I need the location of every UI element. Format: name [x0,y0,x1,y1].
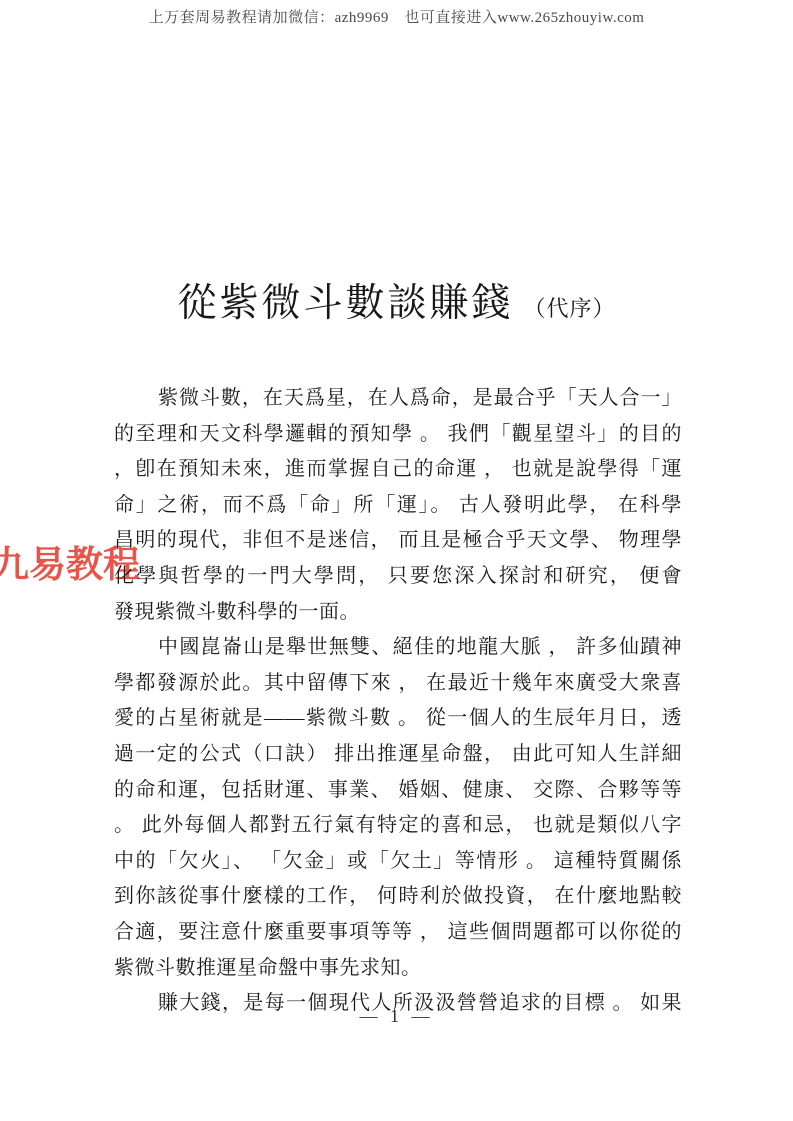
page-number: — 1 — [0,1006,793,1027]
text-line: 愛的占星術就是——紫微斗數 。 從一個人的生辰年月日，透 [114,701,682,737]
text-line: 紫微斗數，在天爲星，在人爲命，是最合乎「天人合一」 [114,381,682,417]
text-line: 昌明的現代，非但不是迷信， 而且是極合乎天文學、 物理學 [114,523,682,559]
text-line: 發現紫微斗數科學的一面。 [114,595,682,631]
header-promo-text: 上万套周易教程请加微信：azh9969 也可直接进入www.265zhouyiw… [0,6,793,27]
text-line: 中的「欠火」、 「欠金」或「欠土」等情形 。 這種特質關係 [114,844,682,880]
text-line: 中國崑崙山是舉世無雙、絕佳的地龍大脈 ， 許多仙蹟神 [114,630,682,666]
text-line: 學都發源於此。其中留傳下來 ， 在最近十幾年來廣受大衆喜 [114,666,682,702]
text-line: 紫微斗數推運星命盤中事先求知。 [114,951,682,987]
body-text: 紫微斗數，在天爲星，在人爲命，是最合乎「天人合一」的至理和天文科學邏輯的預知學 … [114,381,682,1022]
text-line: 的至理和天文科學邏輯的預知學 。 我們「觀星望斗」的目的 [114,417,682,453]
text-line: 到你該從事什麼樣的工作， 何時利於做投資， 在什麼地點較 [114,879,682,915]
text-line: 。 此外每個人都對五行氣有特定的喜和忌， 也就是類似八字 [114,808,682,844]
text-line: 合適，要注意什麼重要事項等等 ， 這些個問題都可以你從的 [114,915,682,951]
text-line: ，卽在預知未來，進而掌握自己的命運 ， 也就是說學得「運 [114,452,682,488]
text-line: 化學與哲學的一門大學問， 只要您深入探討和研究， 便會 [114,559,682,595]
title-suffix: （代序） [524,296,616,321]
text-line: 命」之術，而不爲「命」所「運」。 古人發明此學， 在科學 [114,488,682,524]
scanned-book-page: 上万套周易教程请加微信：azh9969 也可直接进入www.265zhouyiw… [0,0,793,1121]
page-title: 從紫微斗數談賺錢（代序） [0,272,793,328]
title-main: 從紫微斗數談賺錢 [177,282,513,325]
text-line: 的命和運，包括財運、事業、 婚姻、健康、 交際、合夥等等 [114,773,682,809]
text-line: 過一定的公式（口訣） 排出推運星命盤， 由此可知人生詳細 [114,737,682,773]
